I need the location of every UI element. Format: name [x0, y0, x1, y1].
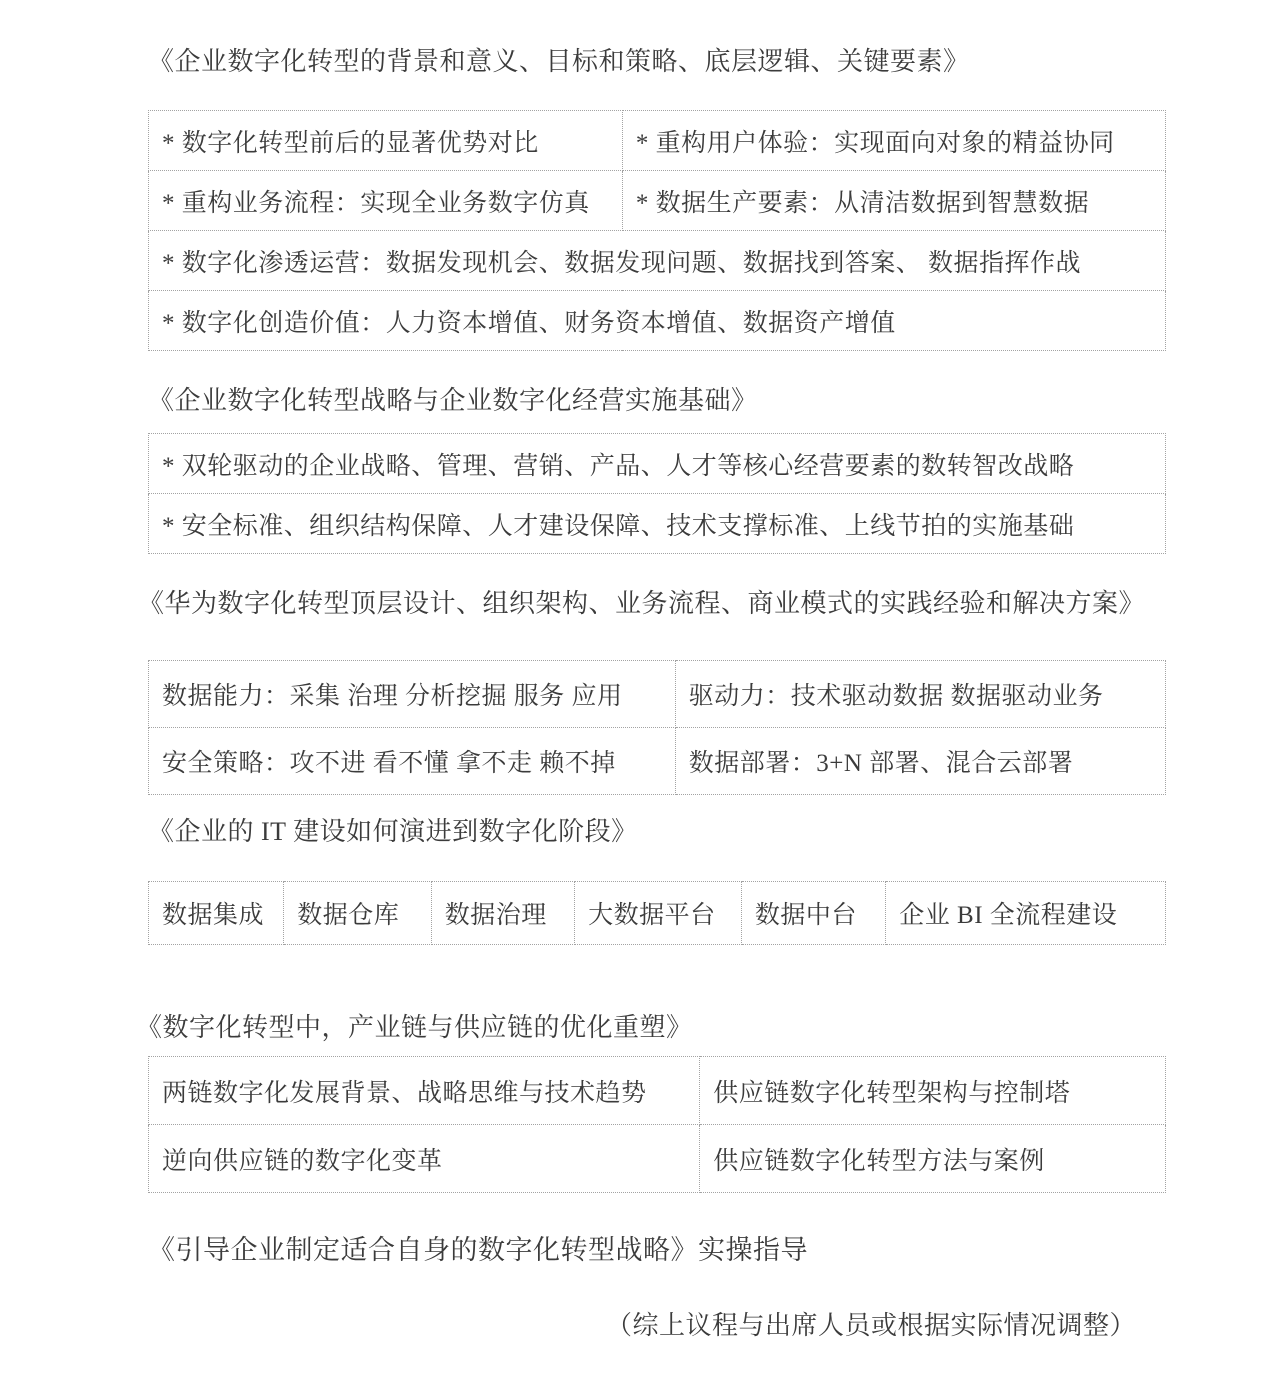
table-cell: 大数据平台: [575, 882, 742, 945]
table-cell: * 安全标准、组织结构保障、人才建设保障、技术支撑标准、上线节拍的实施基础: [149, 494, 1166, 554]
table-cell: * 数字化渗透运营：数据发现机会、数据发现问题、数据找到答案、 数据指挥作战: [149, 231, 1166, 291]
table-cell: 安全策略：攻不进 看不懂 拿不走 赖不掉: [149, 728, 676, 795]
table-row: 数据能力：采集 治理 分析挖掘 服务 应用 驱动力：技术驱动数据 数据驱动业务: [149, 661, 1166, 728]
agenda-table-supply-chain: 两链数字化发展背景、战略思维与技术趋势 供应链数字化转型架构与控制塔 逆向供应链…: [148, 1056, 1166, 1193]
agenda-table-it-evolution: 数据集成 数据仓库 数据治理 大数据平台 数据中台 企业 BI 全流程建设: [148, 881, 1166, 945]
table-cell: 供应链数字化转型方法与案例: [700, 1125, 1166, 1193]
table-cell: * 重构业务流程：实现全业务数字仿真: [149, 171, 623, 231]
table-cell: * 数据生产要素：从清洁数据到智慧数据: [622, 171, 1165, 231]
table-cell: 数据治理: [431, 882, 574, 945]
table-cell: 数据仓库: [284, 882, 431, 945]
table-cell: * 重构用户体验：实现面向对象的精益协同: [622, 111, 1165, 171]
table-cell: * 数字化转型前后的显著优势对比: [149, 111, 623, 171]
agenda-table-huawei: 数据能力：采集 治理 分析挖掘 服务 应用 驱动力：技术驱动数据 数据驱动业务 …: [148, 660, 1166, 795]
table-row: * 数字化创造价值：人力资本增值、财务资本增值、数据资产增值: [149, 291, 1166, 351]
table-cell: 数据中台: [741, 882, 885, 945]
table-cell: * 双轮驱动的企业战略、管理、营销、产品、人才等核心经营要素的数转智改战略: [149, 434, 1166, 494]
table-row: * 数字化转型前后的显著优势对比 * 重构用户体验：实现面向对象的精益协同: [149, 111, 1166, 171]
table-cell: * 数字化创造价值：人力资本增值、财务资本增值、数据资产增值: [149, 291, 1166, 351]
section-title-strategy-implementation-basis: 《企业数字化转型战略与企业数字化经营实施基础》: [148, 384, 1166, 418]
table-row: * 数字化渗透运营：数据发现机会、数据发现问题、数据找到答案、 数据指挥作战: [149, 231, 1166, 291]
table-row: 逆向供应链的数字化变革 供应链数字化转型方法与案例: [149, 1125, 1166, 1193]
table-cell: 数据集成: [149, 882, 284, 945]
footer-note: （综上议程与出席人员或根据实际情况调整）: [148, 1309, 1166, 1343]
table-cell: 逆向供应链的数字化变革: [149, 1125, 700, 1193]
section-title-supply-chain: 《数字化转型中，产业链与供应链的优化重塑》: [136, 1011, 1166, 1045]
section-title-it-evolution: 《企业的 IT 建设如何演进到数字化阶段》: [148, 815, 1166, 849]
table-row: * 安全标准、组织结构保障、人才建设保障、技术支撑标准、上线节拍的实施基础: [149, 494, 1166, 554]
table-cell: 数据能力：采集 治理 分析挖掘 服务 应用: [149, 661, 676, 728]
agenda-document: 《企业数字化转型的背景和意义、目标和策略、底层逻辑、关键要素》 * 数字化转型前…: [148, 0, 1166, 1343]
table-row: * 重构业务流程：实现全业务数字仿真 * 数据生产要素：从清洁数据到智慧数据: [149, 171, 1166, 231]
table-row: 两链数字化发展背景、战略思维与技术趋势 供应链数字化转型架构与控制塔: [149, 1057, 1166, 1125]
agenda-table-strategy: * 双轮驱动的企业战略、管理、营销、产品、人才等核心经营要素的数转智改战略 * …: [148, 433, 1166, 554]
table-cell: 两链数字化发展背景、战略思维与技术趋势: [149, 1057, 700, 1125]
agenda-table-background: * 数字化转型前后的显著优势对比 * 重构用户体验：实现面向对象的精益协同 * …: [148, 110, 1166, 351]
section-title-practical-guidance: 《引导企业制定适合自身的数字化转型战略》实操指导: [148, 1232, 1166, 1268]
table-cell: 企业 BI 全流程建设: [886, 882, 1166, 945]
table-cell: 驱动力：技术驱动数据 数据驱动业务: [675, 661, 1165, 728]
table-row: 安全策略：攻不进 看不懂 拿不走 赖不掉 数据部署：3+N 部署、混合云部署: [149, 728, 1166, 795]
table-cell: 供应链数字化转型架构与控制塔: [700, 1057, 1166, 1125]
table-cell: 数据部署：3+N 部署、混合云部署: [675, 728, 1165, 795]
table-row: 数据集成 数据仓库 数据治理 大数据平台 数据中台 企业 BI 全流程建设: [149, 882, 1166, 945]
table-row: * 双轮驱动的企业战略、管理、营销、产品、人才等核心经营要素的数转智改战略: [149, 434, 1166, 494]
section-title-huawei-practice: 《华为数字化转型顶层设计、组织架构、业务流程、商业模式的实践经验和解决方案》: [138, 587, 1166, 621]
section-title-transformation-background: 《企业数字化转型的背景和意义、目标和策略、底层逻辑、关键要素》: [148, 45, 1166, 79]
